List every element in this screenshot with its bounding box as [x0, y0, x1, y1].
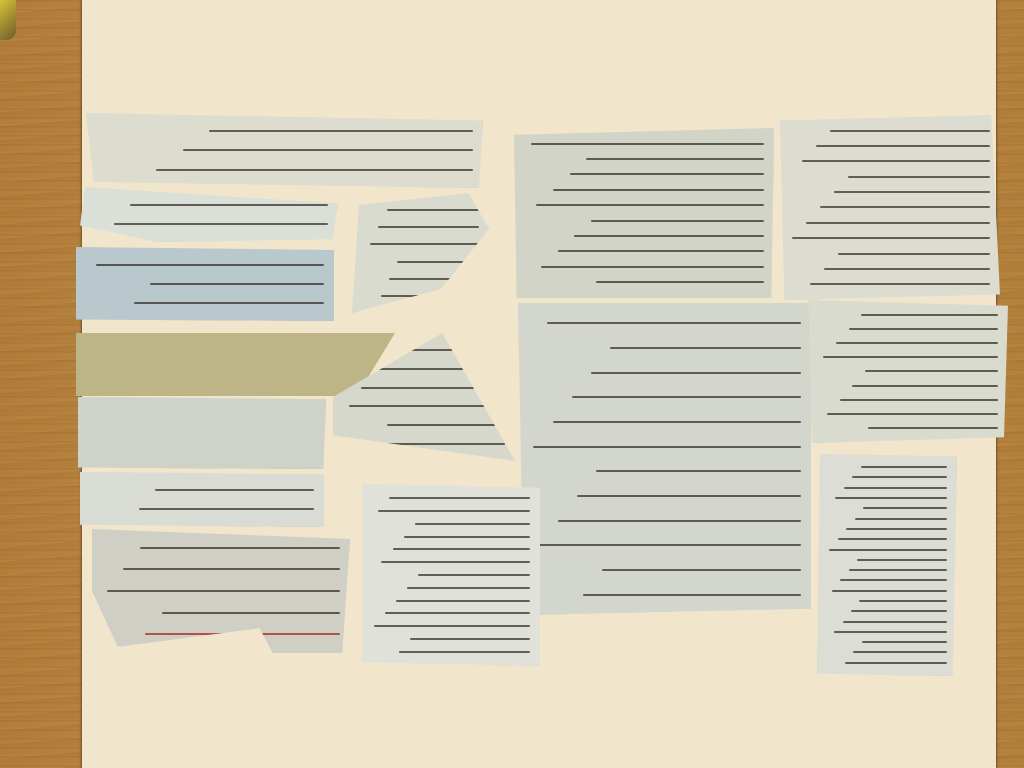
script-line: [107, 590, 340, 592]
script-line: [836, 342, 998, 344]
manuscript-fragment: [362, 484, 540, 666]
script-line: [349, 405, 505, 407]
script-line: [387, 424, 505, 426]
script-line: [827, 413, 998, 415]
script-line: [399, 651, 530, 653]
script-line: [574, 235, 764, 237]
script-line: [209, 130, 473, 132]
script-line: [852, 385, 998, 387]
script-line: [123, 568, 340, 570]
script-line: [396, 600, 530, 602]
script-line: [861, 466, 947, 468]
script-lines: [790, 123, 990, 292]
script-line: [838, 253, 990, 255]
script-line: [857, 559, 947, 561]
script-lines: [528, 311, 801, 607]
script-line: [846, 528, 947, 530]
script-line: [541, 266, 764, 268]
script-line: [810, 283, 990, 285]
script-line: [861, 314, 998, 316]
script-line: [849, 569, 947, 571]
script-line: [834, 631, 947, 633]
script-line: [385, 612, 530, 614]
script-line: [553, 189, 764, 191]
script-line: [863, 507, 947, 509]
script-line: [155, 489, 314, 491]
script-line: [586, 158, 764, 160]
script-lines: [90, 480, 314, 519]
script-line: [851, 610, 947, 612]
script-line: [381, 561, 530, 563]
manuscript-fragment: [514, 128, 774, 298]
script-line: [820, 206, 990, 208]
script-line: [830, 130, 990, 132]
corner-object: [0, 0, 16, 40]
script-lines: [86, 341, 385, 388]
script-line: [393, 548, 530, 550]
manuscript-fragment: [817, 454, 957, 676]
script-line: [553, 421, 801, 423]
manuscript-fragment: [76, 247, 334, 321]
manuscript-fragment: [78, 397, 326, 469]
script-lines: [86, 255, 324, 313]
script-line: [865, 370, 998, 372]
script-line: [374, 625, 530, 627]
script-line: [547, 322, 801, 324]
script-line: [591, 372, 801, 374]
script-line: [838, 538, 947, 540]
manuscript-fragment: [80, 472, 324, 527]
script-line: [602, 569, 801, 571]
script-line: [96, 264, 324, 266]
script-line: [183, 149, 473, 151]
script-line: [387, 209, 479, 211]
script-line: [583, 594, 801, 596]
script-line: [130, 204, 328, 206]
script-line: [378, 510, 530, 512]
script-line: [539, 544, 801, 546]
script-line: [853, 651, 947, 653]
script-line: [868, 427, 998, 429]
script-line: [558, 250, 764, 252]
script-line: [533, 446, 801, 448]
manuscript-fragment: [808, 300, 1008, 443]
script-line: [834, 191, 990, 193]
script-line: [407, 587, 530, 589]
script-lines: [96, 121, 473, 180]
script-line: [596, 281, 764, 283]
script-line: [844, 487, 947, 489]
manuscript-fragment: [780, 115, 1000, 300]
script-line: [845, 662, 947, 664]
script-line: [378, 226, 479, 228]
script-line: [843, 621, 947, 623]
script-line: [134, 302, 324, 304]
script-line: [570, 173, 764, 175]
script-line: [156, 169, 473, 171]
script-line: [389, 497, 530, 499]
script-line: [852, 476, 947, 478]
script-line: [823, 356, 998, 358]
script-lines: [90, 195, 328, 234]
script-line: [418, 574, 530, 576]
script-line: [840, 579, 947, 581]
script-line: [150, 283, 324, 285]
script-lines: [372, 492, 530, 658]
script-line: [558, 520, 801, 522]
script-line: [577, 495, 801, 497]
script-line: [596, 470, 801, 472]
script-line: [832, 590, 947, 592]
script-line: [370, 243, 479, 245]
script-line: [824, 268, 990, 270]
script-line: [404, 536, 530, 538]
script-line: [140, 547, 340, 549]
script-lines: [102, 537, 340, 645]
script-lines: [524, 136, 764, 290]
script-line: [855, 518, 947, 520]
script-line: [572, 396, 801, 398]
script-line: [806, 222, 990, 224]
script-line: [849, 328, 998, 330]
script-line: [531, 143, 764, 145]
script-line: [162, 612, 341, 614]
manuscript-fragment: [86, 113, 483, 188]
script-lines: [827, 462, 947, 668]
script-line: [114, 223, 328, 225]
script-line: [816, 145, 990, 147]
script-line: [802, 160, 990, 162]
script-line: [840, 399, 998, 401]
script-line: [862, 641, 947, 643]
script-line: [139, 508, 314, 510]
script-lines: [88, 405, 316, 461]
script-line: [848, 176, 990, 178]
script-line: [835, 497, 947, 499]
script-line: [415, 523, 530, 525]
script-line: [410, 638, 530, 640]
script-line: [610, 347, 801, 349]
script-line: [859, 600, 947, 602]
manuscript-fragment: [518, 303, 811, 615]
script-line: [829, 549, 947, 551]
script-line: [591, 220, 764, 222]
manuscript-fragment: [76, 333, 395, 396]
script-lines: [818, 308, 998, 435]
script-line: [792, 237, 990, 239]
script-line: [536, 204, 764, 206]
